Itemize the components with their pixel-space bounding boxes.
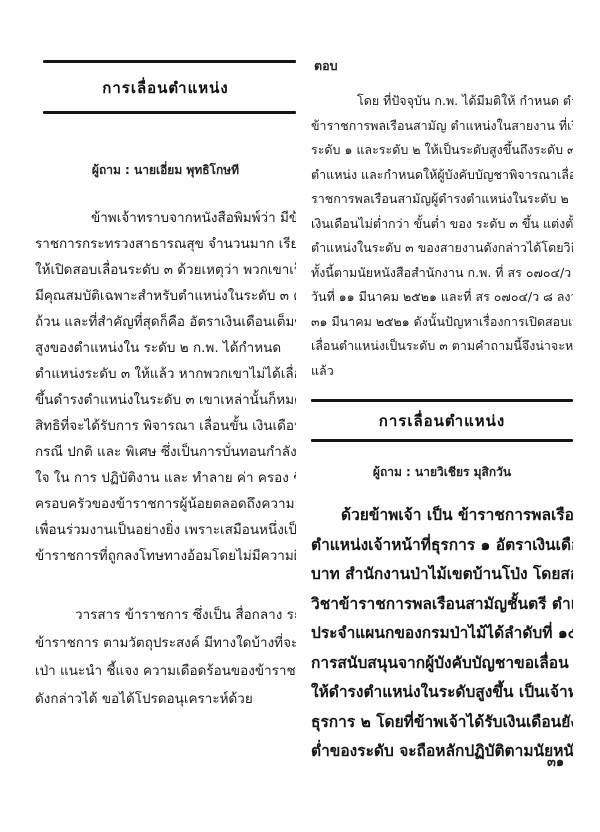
page-number: ๓๑ <box>547 751 564 772</box>
question-paragraph-1: ข้าพเจ้าทราบจากหนังสือพิมพ์ว่า มีข้า-ราช… <box>35 205 296 569</box>
text-line: การสนับสนุนจากผู้บังคับบัญชาขอเลื่อน และ… <box>311 649 573 679</box>
text-line: ตำแหน่งระดับ ๓ ให้แล้ว หากพวกเขาไม่ได้เล… <box>35 361 296 387</box>
text-line: เลื่อนตำแหน่งเป็นระดับ ๓ ตามคำถามนี้จึงน… <box>311 334 573 359</box>
left-column: การเลื่อนตำแหน่ง ผู้ถาม : นายเอี่ยม พุทธ… <box>35 60 296 713</box>
heading-rule-bottom <box>43 111 296 114</box>
text-line: ตำแหน่งในระดับ ๓ ของสายงานดังกล่าวได้โดย… <box>311 236 573 261</box>
right-column: ตอบ โดย ที่ปัจจุบัน ก.พ. ได้มีมติให้ กำห… <box>311 50 573 767</box>
question-paragraph: ด้วยข้าพเจ้า เป็น ข้าราชการพลเรือน สามัญ… <box>311 501 573 767</box>
text-line: มีคุณสมบัติเฉพาะสำหรับตำแหน่งในระดับ ๓ ค… <box>35 283 296 309</box>
text-line: ระดับ ๑ และระดับ ๒ ให้เป็นระดับสูงขึ้นถึ… <box>311 138 573 163</box>
text-line: ด้วยข้าพเจ้า เป็น ข้าราชการพลเรือน สามัญ <box>311 501 573 531</box>
text-line: ต่ำของระดับ จะถือหลักปฏิบัติตามนัยหนังสื… <box>311 737 573 767</box>
document-page: การเลื่อนตำแหน่ง ผู้ถาม : นายเอี่ยม พุทธ… <box>0 0 600 832</box>
section-heading: การเลื่อนตำแหน่ง <box>311 402 573 439</box>
text-line: ข้าพเจ้าทราบจากหนังสือพิมพ์ว่า มีข้า- <box>35 205 296 231</box>
text-line: สูงของตำแหน่งใน ระดับ ๒ ก.พ. ได้กำหนด <box>35 335 296 361</box>
text-line: ตำแหน่งเจ้าหน้าที่ธุรการ ๑ อัตราเงินเดือ… <box>311 531 573 561</box>
text-line: เป่า แนะนำ ชี้แจง ความเดือดร้อนของข้าราช… <box>35 657 296 685</box>
text-line: ถ้วน และที่สำคัญที่สุดก็คือ อัตราเงินเดื… <box>35 309 296 335</box>
text-line: ขึ้นดำรงตำแหน่งในระดับ ๓ เขาเหล่านั้นก็ห… <box>35 387 296 413</box>
question-paragraph-2: วารสาร ข้าราชการ ซึ่งเป็น สื่อกลาง ระหว่… <box>35 601 296 713</box>
text-line: โดย ที่ปัจจุบัน ก.พ. ได้มีมติให้ กำหนด ต… <box>311 89 573 114</box>
text-line: แล้ว <box>311 359 573 384</box>
text-line: ข้าราชการที่ถูกลงโทษทางอ้อมโดยไม่มีความผ… <box>35 543 296 569</box>
text-line: บาท สำนักงานป่าไม้เขตบ้านโป่ง โดยสอบแข่ง… <box>311 560 573 590</box>
text-line: เงินเดือนไม่ต่ำกว่า ขั้นต่ำ ของ ระดับ ๓ … <box>311 212 573 237</box>
text-line: วิชาข้าราชการพลเรือนสามัญชั้นตรี ตำแหน่ง <box>311 590 573 620</box>
heading-rule-bottom <box>311 439 573 442</box>
text-line: ราชการพลเรือนสามัญผู้ดำรงตำแหน่งในระดับ … <box>311 187 573 212</box>
text-line: ตำแหน่ง และกำหนดให้ผู้บังคับบัญชาพิจารณา… <box>311 163 573 188</box>
text-line: ประจำแผนกของกรมป่าไม้ได้ลำดับที่ ๑๕๙ ได้… <box>311 619 573 649</box>
text-line: ๓๑ มีนาคม ๒๕๒๑ ดังนั้นปัญหาเรื่องการเปิด… <box>311 310 573 335</box>
text-line: วารสาร ข้าราชการ ซึ่งเป็น สื่อกลาง ระหว่… <box>35 601 296 629</box>
asker-caption: ผู้ถาม : นายวิเชียร มุสิกวัน <box>311 463 573 482</box>
text-line: ธุรการ ๒ โดยที่ข้าพเจ้าได้รับเงินเดือนยั… <box>311 708 573 738</box>
text-line: ข้าราชการพลเรือนสามัญ ตำแหน่งในสายงาน ที… <box>311 114 573 139</box>
answer-label: ตอบ <box>314 56 573 76</box>
text-line: ข้าราชการ ตามวัตถุประสงค์ มีทางใดบ้างที่… <box>35 629 296 657</box>
section-heading: การเลื่อนตำแหน่ง <box>35 63 296 111</box>
text-line: ครอบครัวของข้าราชการผู้น้อยตลอดถึงความอั… <box>35 491 296 517</box>
asker-caption: ผู้ถาม : นายเอี่ยม พุทธิโกษที <box>35 161 296 180</box>
text-line: สิทธิที่จะได้รับการ พิจารณา เลื่อนขั้น เ… <box>35 413 296 439</box>
answer-paragraph: โดย ที่ปัจจุบัน ก.พ. ได้มีมติให้ กำหนด ต… <box>311 89 573 383</box>
text-line: เพื่อนร่วมงานเป็นอย่างยิ่ง เพราะเสมือนหน… <box>35 517 296 543</box>
text-line: ให้เปิดสอบเลื่อนระดับ ๓ ด้วยเหตุว่า พวกเ… <box>35 257 296 283</box>
text-line: ใจ ใน การ ปฏิบัติงาน และ ทำลาย ค่า ครอง … <box>35 465 296 491</box>
text-line: วันที่ ๑๑ มีนาคม ๒๕๒๑ และที่ สร ๐๗๐๔/ว ๘… <box>311 285 573 310</box>
text-line: กรณี ปกติ และ พิเศษ ซึ่งเป็นการบั่นทอนกำ… <box>35 439 296 465</box>
text-line: ทั้งนี้ตามนัยหนังสือสำนักงาน ก.พ. ที่ สร… <box>311 261 573 286</box>
text-line: ให้ดำรงตำแหน่งในระดับสูงขึ้น เป็นเจ้าหน้… <box>311 678 573 708</box>
text-line: ราชการกระทรวงสาธารณสุข จำนวนมาก เรียกร้อ… <box>35 231 296 257</box>
text-line: ดังกล่าวได้ ขอได้โปรดอนุเคราะห์ด้วย <box>35 685 296 713</box>
